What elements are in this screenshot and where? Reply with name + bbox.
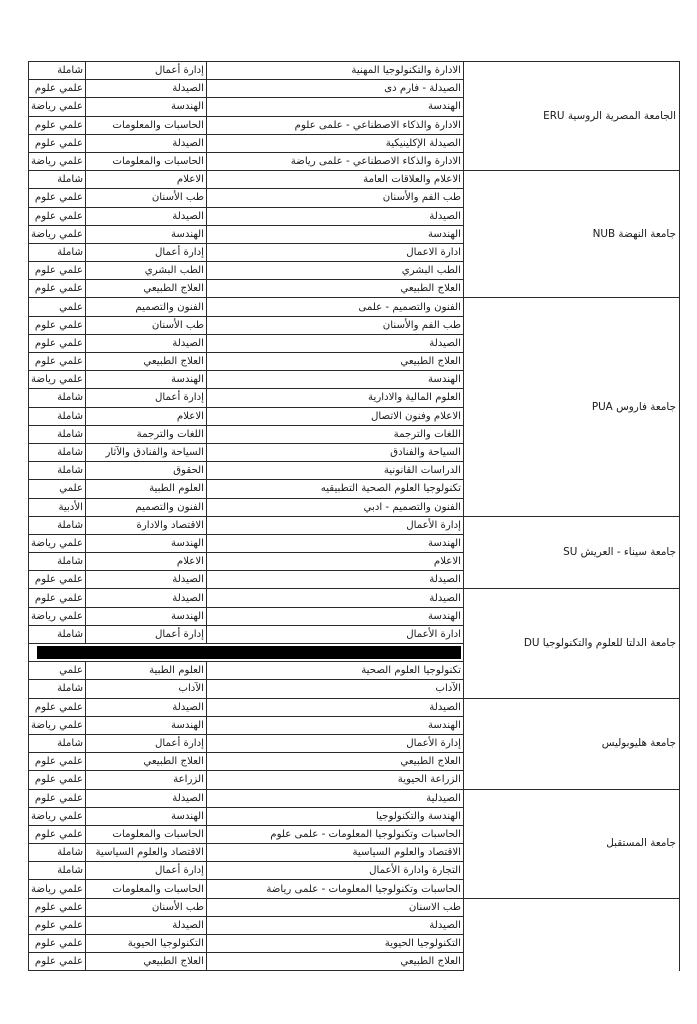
faculty-cell: الصيدلة xyxy=(86,589,207,607)
division-cell: علمي رياضة xyxy=(29,607,86,625)
division-cell: علمي xyxy=(29,298,86,316)
program-cell: الهندسة والتكنولوجيا xyxy=(207,807,464,825)
faculty-cell: العلاج الطبيعي xyxy=(86,280,207,298)
division-cell: علمي علوم xyxy=(29,916,86,934)
program-cell: الصيدلة xyxy=(207,589,464,607)
faculty-cell: الحاسبات والمعلومات xyxy=(86,880,207,898)
division-cell: علمي علوم xyxy=(29,753,86,771)
table-row: الجامعة المصرية الروسية ERUالادارة والتك… xyxy=(29,62,680,80)
program-cell: الصيدلة - فارم دى xyxy=(207,80,464,98)
division-cell: شاملة xyxy=(29,425,86,443)
faculty-cell: إدارة أعمال xyxy=(86,389,207,407)
university-name-cell: الجامعة المصرية الروسية ERU xyxy=(464,62,680,171)
faculty-cell: الهندسة xyxy=(86,225,207,243)
program-cell: الادارة والذكاء الاصطناعي - علمى علوم xyxy=(207,116,464,134)
division-cell: علمي رياضة xyxy=(29,716,86,734)
program-cell: السياحة والفنادق xyxy=(207,443,464,461)
division-cell: علمي علوم xyxy=(29,134,86,152)
division-cell: علمي علوم xyxy=(29,207,86,225)
program-cell: الحاسبات وتكنولوجيا المعلومات - علمى علو… xyxy=(207,825,464,843)
faculty-cell: الاعلام xyxy=(86,407,207,425)
program-cell: ادارة الأعمال xyxy=(207,625,464,643)
table-row: جامعة هليوبوليسالصيدلةالصيدلةعلمي علوم xyxy=(29,698,680,716)
division-cell: الأدبية xyxy=(29,498,86,516)
faculty-cell: العلاج الطبيعي xyxy=(86,953,207,971)
table-row: جامعة الدلتا للعلوم والتكنولوجيا DUالصيد… xyxy=(29,589,680,607)
division-cell: علمي علوم xyxy=(29,898,86,916)
university-programs-document: الجامعة المصرية الروسية ERUالادارة والتك… xyxy=(28,61,679,971)
faculty-cell: الاقتصاد والعلوم السياسية xyxy=(86,844,207,862)
program-cell: الآداب xyxy=(207,680,464,698)
faculty-cell: الهندسة xyxy=(86,607,207,625)
division-cell: علمي علوم xyxy=(29,116,86,134)
division-cell: علمي علوم xyxy=(29,589,86,607)
program-cell: الهندسة xyxy=(207,371,464,389)
program-cell: طب الفم والأسنان xyxy=(207,316,464,334)
university-name-cell: جامعة النهضة NUB xyxy=(464,171,680,298)
program-cell: الصيدلية xyxy=(207,789,464,807)
program-cell: الفنون والتصميم - ادبي xyxy=(207,498,464,516)
division-cell: علمي علوم xyxy=(29,262,86,280)
program-cell: طب الفم والأسنان xyxy=(207,189,464,207)
table-row: جامعة فاروس PUAالفنون والتصميم - علمىالف… xyxy=(29,298,680,316)
program-cell: الحاسبات وتكنولوجيا المعلومات - علمى ريا… xyxy=(207,880,464,898)
faculty-cell: العلوم الطبية xyxy=(86,480,207,498)
division-cell: شاملة xyxy=(29,862,86,880)
program-cell: التجارة وادارة الأعمال xyxy=(207,862,464,880)
program-cell: الصيدلة الإكلينيكية xyxy=(207,134,464,152)
division-cell: شاملة xyxy=(29,553,86,571)
program-cell: الطب البشري xyxy=(207,262,464,280)
faculty-cell: الاعلام xyxy=(86,171,207,189)
program-cell: طب الاسنان xyxy=(207,898,464,916)
faculty-cell: التكنولوجيا الحيوية xyxy=(86,935,207,953)
faculty-cell: الحاسبات والمعلومات xyxy=(86,825,207,843)
program-cell: الهندسة xyxy=(207,716,464,734)
division-cell: علمي xyxy=(29,480,86,498)
program-cell: الزراعة الحيوية xyxy=(207,771,464,789)
program-cell: تكنولوجيا العلوم الصحية xyxy=(207,662,464,680)
program-cell: العلاج الطبيعي xyxy=(207,753,464,771)
faculty-cell: إدارة أعمال xyxy=(86,625,207,643)
program-cell: الهندسة xyxy=(207,98,464,116)
faculty-cell: الفنون والتصميم xyxy=(86,498,207,516)
division-cell: علمي علوم xyxy=(29,280,86,298)
division-cell: علمي رياضة xyxy=(29,225,86,243)
program-cell: الدراسات القانونية xyxy=(207,462,464,480)
program-cell: الصيدلة xyxy=(207,571,464,589)
division-cell: شاملة xyxy=(29,625,86,643)
table-row: جامعة المستقبلالصيدليةالصيدلةعلمي علوم xyxy=(29,789,680,807)
program-cell: الصيدلة xyxy=(207,207,464,225)
division-cell: علمي رياضة xyxy=(29,807,86,825)
division-cell: علمي علوم xyxy=(29,953,86,971)
division-cell: شاملة xyxy=(29,243,86,261)
division-cell: شاملة xyxy=(29,516,86,534)
faculty-cell: الفنون والتصميم xyxy=(86,298,207,316)
university-name-cell: جامعة المستقبل xyxy=(464,789,680,898)
division-cell: علمي رياضة xyxy=(29,371,86,389)
program-cell: الاقتصاد والعلوم السياسية xyxy=(207,844,464,862)
university-name-cell: جامعة فاروس PUA xyxy=(464,298,680,516)
division-cell: علمي علوم xyxy=(29,316,86,334)
division-cell: علمي علوم xyxy=(29,80,86,98)
university-name-cell: جامعة هليوبوليس xyxy=(464,698,680,789)
division-cell: علمي رياضة xyxy=(29,534,86,552)
faculty-cell: الاقتصاد والادارة xyxy=(86,516,207,534)
redaction-cell xyxy=(29,644,464,662)
program-cell: التكنولوجيا الحيوية xyxy=(207,935,464,953)
faculty-cell: السياحة والفنادق والآثار xyxy=(86,443,207,461)
division-cell: علمي علوم xyxy=(29,825,86,843)
faculty-cell: الصيدلة xyxy=(86,571,207,589)
program-cell: الاعلام xyxy=(207,553,464,571)
division-cell: شاملة xyxy=(29,62,86,80)
faculty-cell: إدارة أعمال xyxy=(86,734,207,752)
table-row: جامعة سيناء - العريش SUإدارة الأعمالالاق… xyxy=(29,516,680,534)
program-cell: الادارة والذكاء الاصطناعي - علمى رياضة xyxy=(207,152,464,170)
program-cell: الاعلام والعلاقات العامة xyxy=(207,171,464,189)
division-cell: علمي رياضة xyxy=(29,880,86,898)
program-cell: إدارة الأعمال xyxy=(207,734,464,752)
faculty-cell: العلوم الطبية xyxy=(86,662,207,680)
division-cell: شاملة xyxy=(29,171,86,189)
faculty-cell: الحاسبات والمعلومات xyxy=(86,116,207,134)
faculty-cell: الهندسة xyxy=(86,807,207,825)
program-cell: ادارة الاعمال xyxy=(207,243,464,261)
faculty-cell: الصيدلة xyxy=(86,134,207,152)
program-cell: الصيدلة xyxy=(207,698,464,716)
faculty-cell: الصيدلة xyxy=(86,207,207,225)
faculty-cell: الصيدلة xyxy=(86,80,207,98)
program-cell: العلوم المالية والادارية xyxy=(207,389,464,407)
university-name-cell: جامعة الدلتا للعلوم والتكنولوجيا DU xyxy=(464,589,680,698)
program-cell: الهندسة xyxy=(207,534,464,552)
university-name-cell: جامعة سيناء - العريش SU xyxy=(464,516,680,589)
division-cell: علمي رياضة xyxy=(29,152,86,170)
faculty-cell: الصيدلة xyxy=(86,334,207,352)
program-cell: الصيدلة xyxy=(207,916,464,934)
faculty-cell: الهندسة xyxy=(86,534,207,552)
programs-table: الجامعة المصرية الروسية ERUالادارة والتك… xyxy=(28,61,680,971)
faculty-cell: الآداب xyxy=(86,680,207,698)
division-cell: علمي علوم xyxy=(29,353,86,371)
division-cell: علمي علوم xyxy=(29,189,86,207)
program-cell: الهندسة xyxy=(207,607,464,625)
table-row: طب الاسنانطب الأسنانعلمي علوم xyxy=(29,898,680,916)
table-row: جامعة النهضة NUBالاعلام والعلاقات العامة… xyxy=(29,171,680,189)
division-cell: علمي علوم xyxy=(29,571,86,589)
division-cell: علمي علوم xyxy=(29,935,86,953)
faculty-cell: الاعلام xyxy=(86,553,207,571)
program-cell: تكنولوجيا العلوم الصحية التطبيقيه xyxy=(207,480,464,498)
division-cell: علمي علوم xyxy=(29,334,86,352)
faculty-cell: الهندسة xyxy=(86,716,207,734)
faculty-cell: الحقوق xyxy=(86,462,207,480)
division-cell: شاملة xyxy=(29,389,86,407)
faculty-cell: الطب البشري xyxy=(86,262,207,280)
faculty-cell: اللغات والترجمة xyxy=(86,425,207,443)
division-cell: علمي علوم xyxy=(29,698,86,716)
university-name-cell xyxy=(464,898,680,971)
program-cell: الاعلام وفنون الاتصال xyxy=(207,407,464,425)
faculty-cell: الصيدلة xyxy=(86,789,207,807)
faculty-cell: إدارة أعمال xyxy=(86,62,207,80)
program-cell: العلاج الطبيعي xyxy=(207,280,464,298)
division-cell: شاملة xyxy=(29,443,86,461)
programs-table-body: الجامعة المصرية الروسية ERUالادارة والتك… xyxy=(29,62,680,971)
faculty-cell: العلاج الطبيعي xyxy=(86,353,207,371)
program-cell: الصيدلة xyxy=(207,334,464,352)
program-cell: العلاج الطبيعي xyxy=(207,353,464,371)
faculty-cell: إدارة أعمال xyxy=(86,862,207,880)
program-cell: الفنون والتصميم - علمى xyxy=(207,298,464,316)
program-cell: إدارة الأعمال xyxy=(207,516,464,534)
faculty-cell: الزراعة xyxy=(86,771,207,789)
faculty-cell: الصيدلة xyxy=(86,916,207,934)
faculty-cell: الهندسة xyxy=(86,371,207,389)
faculty-cell: إدارة أعمال xyxy=(86,243,207,261)
program-cell: العلاج الطبيعي xyxy=(207,953,464,971)
division-cell: شاملة xyxy=(29,407,86,425)
faculty-cell: الحاسبات والمعلومات xyxy=(86,152,207,170)
faculty-cell: طب الأسنان xyxy=(86,898,207,916)
program-cell: الادارة والتكنولوجيا المهنية xyxy=(207,62,464,80)
division-cell: علمي رياضة xyxy=(29,98,86,116)
faculty-cell: طب الأسنان xyxy=(86,189,207,207)
redaction-bar xyxy=(37,646,461,659)
division-cell: علمي علوم xyxy=(29,771,86,789)
program-cell: اللغات والترجمة xyxy=(207,425,464,443)
division-cell: شاملة xyxy=(29,844,86,862)
faculty-cell: العلاج الطبيعي xyxy=(86,753,207,771)
program-cell: الهندسة xyxy=(207,225,464,243)
faculty-cell: الهندسة xyxy=(86,98,207,116)
division-cell: شاملة xyxy=(29,462,86,480)
division-cell: شاملة xyxy=(29,680,86,698)
division-cell: علمي علوم xyxy=(29,789,86,807)
division-cell: علمي xyxy=(29,662,86,680)
faculty-cell: طب الأسنان xyxy=(86,316,207,334)
faculty-cell: الصيدلة xyxy=(86,698,207,716)
division-cell: شاملة xyxy=(29,734,86,752)
